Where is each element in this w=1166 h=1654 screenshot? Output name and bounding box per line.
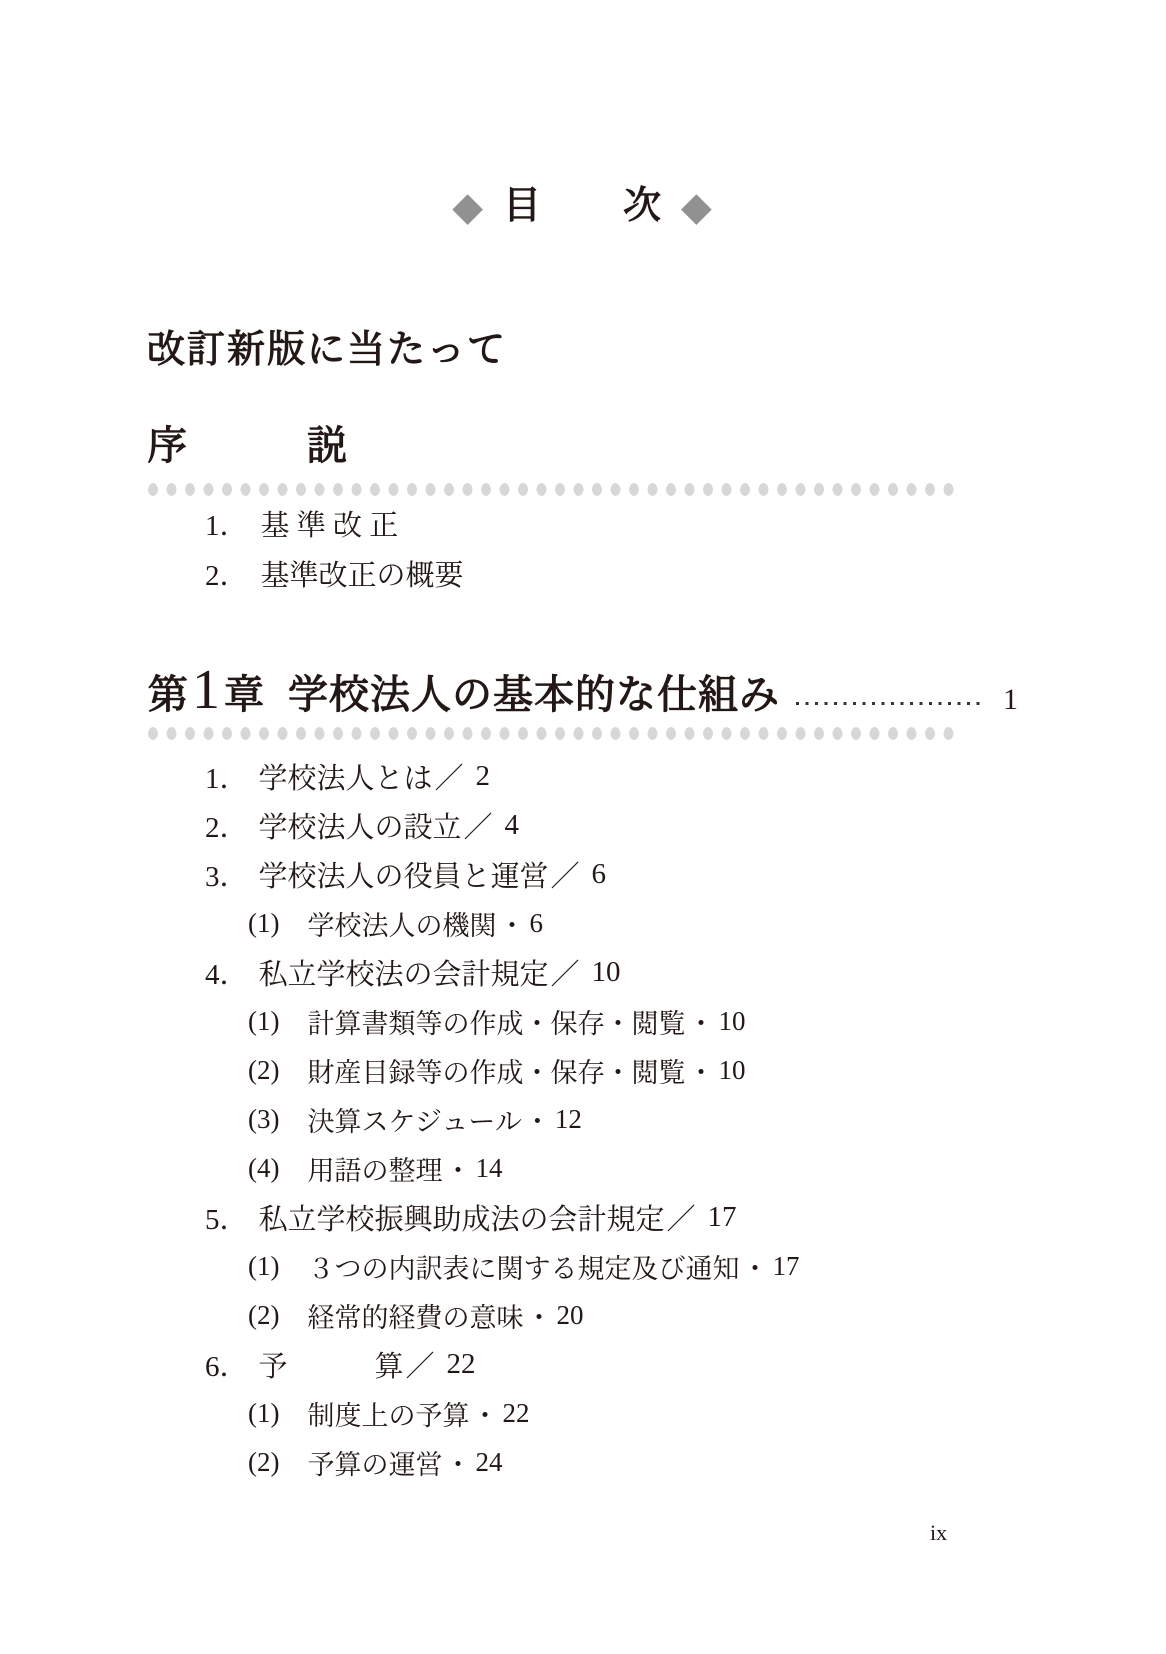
entry-title: 予 算 xyxy=(259,1344,404,1385)
entry-separator: ・ xyxy=(687,1051,714,1090)
entry-number: 6． xyxy=(205,1344,249,1385)
entry-page-number: 10 xyxy=(718,1006,745,1037)
entry-title: 制度上の予算 xyxy=(307,1394,469,1433)
entry-separator: ・ xyxy=(444,1149,471,1188)
chapter-suffix: 章 xyxy=(224,671,264,719)
entry-number: 2． xyxy=(205,553,249,594)
toc-entry: 2．基準改正の概要 xyxy=(0,548,1018,598)
entry-page-number: 2 xyxy=(476,760,491,793)
toc-page: ◆目 次◆ 改訂新版に当たって 序 説 1．基 準 改 正 2．基準改正の概要 … xyxy=(0,0,1166,1654)
toc-entry: (1)制度上の予算・22 xyxy=(0,1389,1018,1438)
dotted-leader xyxy=(796,702,985,705)
entry-page-number: 6 xyxy=(592,858,607,891)
entry-page-number: 22 xyxy=(502,1398,529,1429)
entry-number: 4． xyxy=(205,952,249,993)
entry-page-number: 10 xyxy=(592,956,621,989)
entry-number: (1) xyxy=(248,1251,279,1282)
entry-number: 1． xyxy=(205,756,249,797)
entry-number: (2) xyxy=(248,1055,279,1086)
entry-title: 私立学校振興助成法の会計規定 xyxy=(259,1197,665,1238)
entry-page-number: 22 xyxy=(447,1348,476,1381)
entry-number: (4) xyxy=(248,1153,279,1184)
entry-title: 決算スケジュール xyxy=(307,1100,521,1139)
entry-number: 5． xyxy=(205,1197,249,1238)
toc-entry: 2．学校法人の設立／4 xyxy=(0,801,1018,850)
entry-page-number: 10 xyxy=(718,1055,745,1086)
toc-entry: (1)計算書類等の作成・保存・閲覧・10 xyxy=(0,997,1018,1046)
toc-entry: (1)３つの内訳表に関する規定及び通知・17 xyxy=(0,1242,1018,1291)
toc-entry: (3)決算スケジュール・12 xyxy=(0,1095,1018,1144)
entry-title: 基 準 改 正 xyxy=(261,503,399,544)
entry-page-number: 17 xyxy=(708,1201,737,1234)
entry-separator: ・ xyxy=(741,1247,768,1286)
entry-number: 2． xyxy=(205,805,249,846)
folio-page-number: ix xyxy=(930,1520,947,1546)
entry-separator: ・ xyxy=(687,1002,714,1041)
entry-separator: ／ xyxy=(406,1344,435,1385)
chapter-heading: 第 1 章 学校法人の基本的な仕組み 1 xyxy=(148,662,1018,719)
entry-page-number: 6 xyxy=(529,908,543,939)
entry-number: (3) xyxy=(248,1104,279,1135)
diamond-icon: ◆ xyxy=(452,184,485,230)
entry-page-number: 24 xyxy=(475,1447,502,1478)
entry-separator: ／ xyxy=(464,805,493,846)
entry-page-number: 4 xyxy=(505,809,520,842)
dot-divider xyxy=(148,727,962,740)
toc-entry: (2)予算の運営・24 xyxy=(0,1438,1018,1487)
entry-title: 学校法人の設立 xyxy=(259,805,462,846)
entry-title: 基準改正の概要 xyxy=(261,553,464,594)
diamond-icon: ◆ xyxy=(681,184,714,230)
entry-title: 用語の整理 xyxy=(307,1149,442,1188)
toc-entry: 5．私立学校振興助成法の会計規定／17 xyxy=(0,1193,1018,1242)
entry-title: 経常的経費の意味 xyxy=(307,1296,523,1335)
entry-number: (1) xyxy=(248,1006,279,1037)
entry-separator: ・ xyxy=(471,1394,498,1433)
entry-separator: ／ xyxy=(551,854,580,895)
page-title-text: 目 次 xyxy=(503,185,663,227)
entry-separator: ／ xyxy=(667,1197,696,1238)
entry-separator: ・ xyxy=(444,1443,471,1482)
entry-separator: ／ xyxy=(435,756,464,797)
toc-entry: 6．予 算／22 xyxy=(0,1340,1018,1389)
entry-number: 3． xyxy=(205,854,249,895)
toc-entry: (1)学校法人の機関・6 xyxy=(0,899,1018,948)
entry-page-number: 20 xyxy=(556,1300,583,1331)
entry-number: (2) xyxy=(248,1300,279,1331)
entry-page-number: 17 xyxy=(772,1251,799,1282)
entry-title: ３つの内訳表に関する規定及び通知 xyxy=(307,1247,739,1286)
toc-entry: (4)用語の整理・14 xyxy=(0,1144,1018,1193)
entry-number: (2) xyxy=(248,1447,279,1478)
entry-number: (1) xyxy=(248,1398,279,1429)
chapter-title: 学校法人の基本的な仕組み xyxy=(288,671,780,719)
page-title: ◆目 次◆ xyxy=(0,183,1166,231)
entry-title: 学校法人とは xyxy=(259,756,433,797)
chapter-prefix: 第 xyxy=(148,671,188,719)
entry-page-number: 12 xyxy=(555,1104,582,1135)
entry-title: 財産目録等の作成・保存・閲覧 xyxy=(307,1051,685,1090)
entry-title: 学校法人の役員と運営 xyxy=(259,854,549,895)
entry-separator: ・ xyxy=(524,1100,551,1139)
chapter-number: 1 xyxy=(192,662,220,718)
preface-heading: 改訂新版に当たって xyxy=(147,330,507,372)
intro-heading: 序 説 xyxy=(147,424,347,468)
entry-title: 私立学校法の会計規定 xyxy=(259,952,549,993)
dot-divider xyxy=(148,483,962,496)
entry-title: 計算書類等の作成・保存・閲覧 xyxy=(307,1002,685,1041)
entry-number: 1． xyxy=(205,503,249,544)
chapter-item-list: 1．学校法人とは／2 2．学校法人の設立／4 3．学校法人の役員と運営／6 (1… xyxy=(0,752,1018,1487)
entry-separator: ・ xyxy=(525,1296,552,1335)
entry-separator: ／ xyxy=(551,952,580,993)
entry-number: (1) xyxy=(248,908,279,939)
toc-entry: 4．私立学校法の会計規定／10 xyxy=(0,948,1018,997)
entry-title: 予算の運営 xyxy=(307,1443,442,1482)
toc-entry: (2)財産目録等の作成・保存・閲覧・10 xyxy=(0,1046,1018,1095)
chapter-page-number: 1 xyxy=(1003,683,1018,717)
entry-page-number: 14 xyxy=(475,1153,502,1184)
entry-title: 学校法人の機関 xyxy=(307,904,496,943)
toc-entry: 3．学校法人の役員と運営／6 xyxy=(0,850,1018,899)
intro-item-list: 1．基 準 改 正 2．基準改正の概要 xyxy=(0,498,1018,598)
toc-entry: 1．基 準 改 正 xyxy=(0,498,1018,548)
toc-entry: (2)経常的経費の意味・20 xyxy=(0,1291,1018,1340)
toc-entry: 1．学校法人とは／2 xyxy=(0,752,1018,801)
entry-separator: ・ xyxy=(498,904,525,943)
